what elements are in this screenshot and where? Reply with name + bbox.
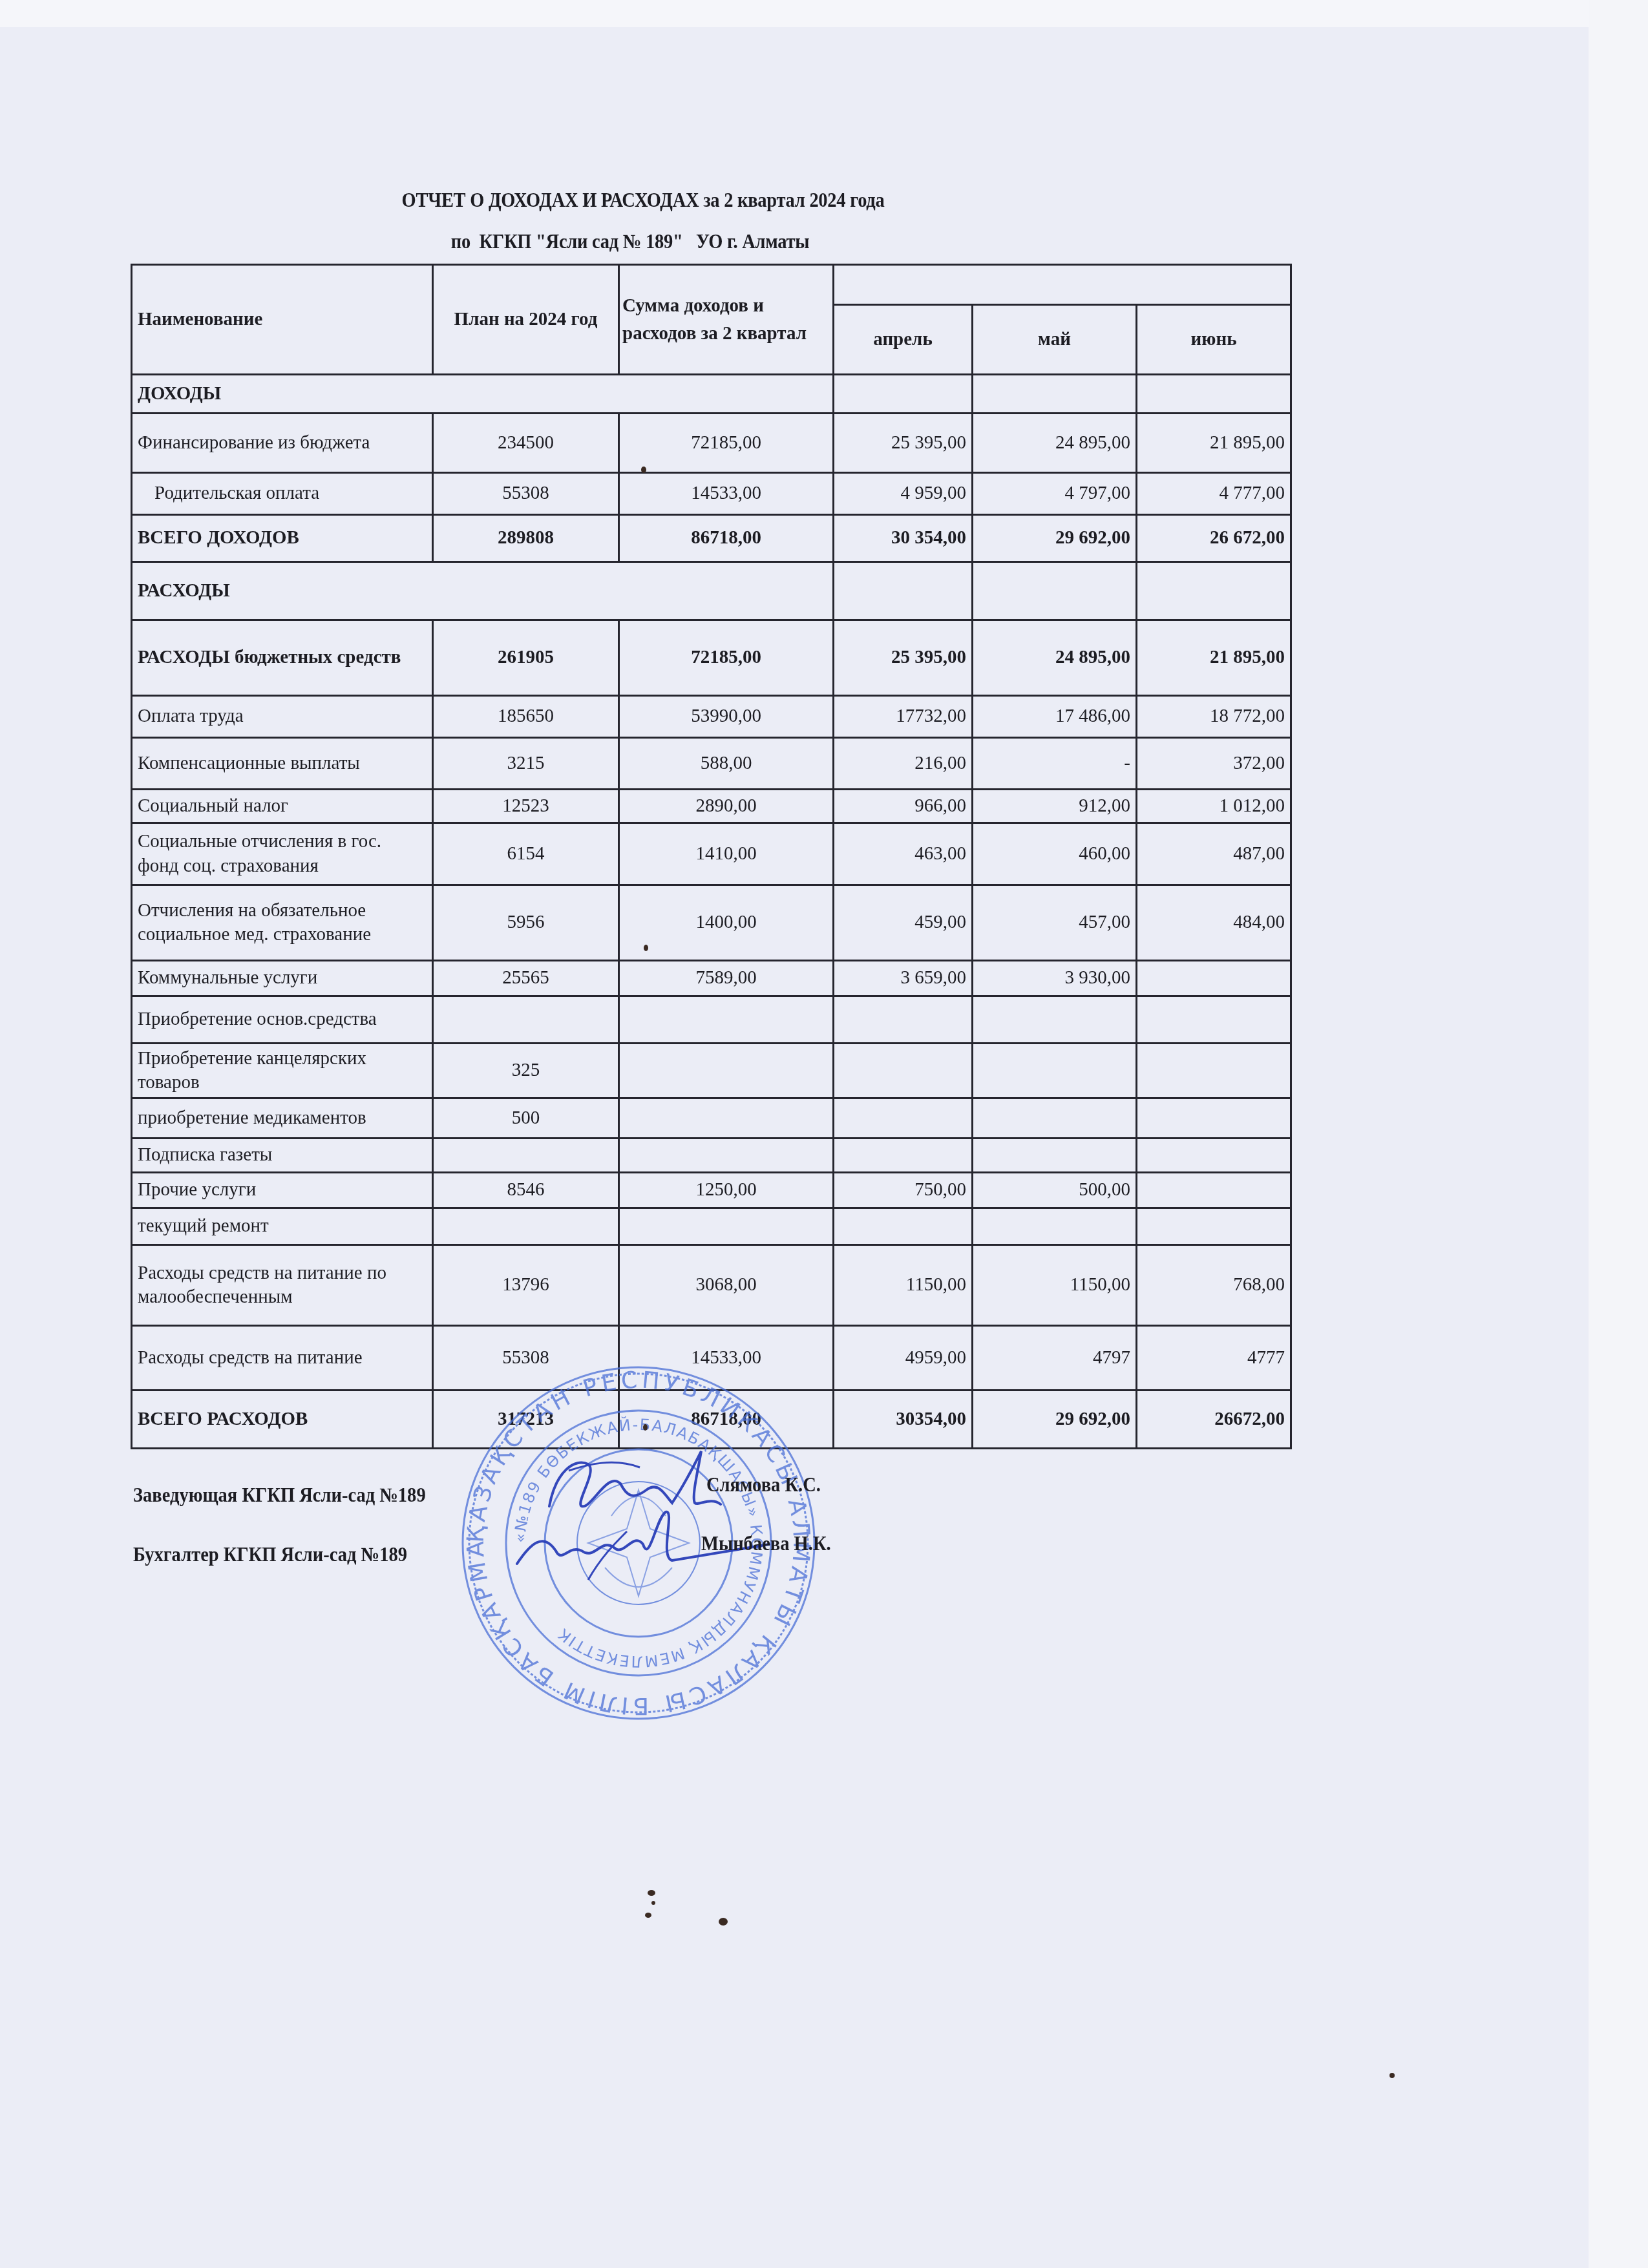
row-april: 216,00	[834, 738, 973, 790]
row-plan: 3215	[433, 738, 619, 790]
table-row: Компенсационные выплаты3215588,00216,00-…	[132, 738, 1291, 790]
row-june	[1137, 1173, 1291, 1208]
header-month-may: май	[973, 305, 1137, 375]
scan-speck	[645, 1913, 651, 1918]
row-name: приобретение медикаментов	[132, 1098, 433, 1139]
row-quarter-sum	[619, 1139, 834, 1173]
head-name-label: Слямова К.С.	[706, 1473, 821, 1496]
row-june: 4777	[1137, 1326, 1291, 1391]
row-april: 750,00	[834, 1173, 973, 1208]
section-income-label: ДОХОДЫ	[132, 375, 834, 414]
row-april: 463,00	[834, 823, 973, 885]
table-row: Родительская оплата5530814533,004 959,00…	[132, 473, 1291, 515]
row-may: 24 895,00	[973, 414, 1137, 473]
row-june: 768,00	[1137, 1245, 1291, 1326]
row-name: РАСХОДЫ бюджетных средств	[132, 620, 433, 696]
empty-cell	[1137, 562, 1291, 620]
row-name: Приобретение основ.средства	[132, 996, 433, 1044]
header-row-top: Наименование План на 2024 год Сумма дохо…	[132, 265, 1291, 305]
scan-speck	[719, 1918, 728, 1926]
row-name: Подписка газеты	[132, 1139, 433, 1173]
row-quarter-sum: 1410,00	[619, 823, 834, 885]
header-plan: План на 2024 год	[433, 265, 619, 375]
row-may	[973, 1139, 1137, 1173]
row-may: 24 895,00	[973, 620, 1137, 696]
row-june	[1137, 961, 1291, 996]
row-plan: 500	[433, 1098, 619, 1139]
row-name: ВСЕГО ДОХОДОВ	[132, 515, 433, 562]
row-april	[834, 1139, 973, 1173]
document-subtitle: по КГКП "Ясли сад № 189" УО г. Алматы	[0, 230, 1388, 253]
row-name: текущий ремонт	[132, 1208, 433, 1245]
row-quarter-sum: 2890,00	[619, 790, 834, 823]
row-june: 26 672,00	[1137, 515, 1291, 562]
section-expenses-label: РАСХОДЫ	[132, 562, 834, 620]
row-name: Социальный налог	[132, 790, 433, 823]
row-april: 966,00	[834, 790, 973, 823]
table-row: Коммунальные услуги255657589,003 659,003…	[132, 961, 1291, 996]
row-june: 487,00	[1137, 823, 1291, 885]
row-name: ВСЕГО РАСХОДОВ	[132, 1391, 433, 1449]
row-april: 1150,00	[834, 1245, 973, 1326]
header-name: Наименование	[132, 265, 433, 375]
row-name: Расходы средств на питание	[132, 1326, 433, 1391]
scan-speck	[643, 1424, 648, 1431]
document-title: ОТЧЕТ О ДОХОДАХ И РАСХОДАХ за 2 квартал …	[0, 189, 1401, 212]
table-row: текущий ремонт	[132, 1208, 1291, 1245]
table-row-budget-expenses: РАСХОДЫ бюджетных средств26190572185,002…	[132, 620, 1291, 696]
row-april: 25 395,00	[834, 620, 973, 696]
empty-cell	[973, 562, 1137, 620]
row-may: 460,00	[973, 823, 1137, 885]
row-quarter-sum	[619, 1098, 834, 1139]
row-april	[834, 1098, 973, 1139]
row-may: 1150,00	[973, 1245, 1137, 1326]
row-april: 25 395,00	[834, 414, 973, 473]
row-name: Социальные отчисления в гос. фонд соц. с…	[132, 823, 433, 885]
table-row: Оплата труда18565053990,0017732,0017 486…	[132, 696, 1291, 738]
row-quarter-sum: 86718,00	[619, 515, 834, 562]
row-name: Оплата труда	[132, 696, 433, 738]
row-may: 500,00	[973, 1173, 1137, 1208]
row-may: 29 692,00	[973, 1391, 1137, 1449]
row-may: 912,00	[973, 790, 1137, 823]
row-quarter-sum: 1400,00	[619, 885, 834, 961]
table-row: Социальный налог125232890,00966,00912,00…	[132, 790, 1291, 823]
row-april: 4959,00	[834, 1326, 973, 1391]
row-june	[1137, 996, 1291, 1044]
row-may: 17 486,00	[973, 696, 1137, 738]
row-plan: 185650	[433, 696, 619, 738]
row-plan: 8546	[433, 1173, 619, 1208]
row-quarter-sum	[619, 1044, 834, 1098]
row-plan: 5956	[433, 885, 619, 961]
row-may: 4 797,00	[973, 473, 1137, 515]
table-row: Отчисления на обязательное социальное ме…	[132, 885, 1291, 961]
table-row: Расходы средств на питание по малообеспе…	[132, 1245, 1291, 1326]
scan-top-margin	[0, 0, 1589, 27]
section-row-expenses: РАСХОДЫ	[132, 562, 1291, 620]
row-plan	[433, 996, 619, 1044]
row-april	[834, 996, 973, 1044]
row-june: 21 895,00	[1137, 620, 1291, 696]
row-april: 3 659,00	[834, 961, 973, 996]
accountant-role-label: Бухгалтер КГКП Ясли-сад №189	[133, 1543, 407, 1566]
row-plan: 6154	[433, 823, 619, 885]
row-june: 484,00	[1137, 885, 1291, 961]
header-month-april: апрель	[834, 305, 973, 375]
row-name: Прочие услуги	[132, 1173, 433, 1208]
row-june: 1 012,00	[1137, 790, 1291, 823]
row-name: Приобретение канцелярских товаров	[132, 1044, 433, 1098]
row-plan: 55308	[433, 473, 619, 515]
table-row: приобретение медикаментов500	[132, 1098, 1291, 1139]
table-row: Социальные отчисления в гос. фонд соц. с…	[132, 823, 1291, 885]
row-quarter-sum: 53990,00	[619, 696, 834, 738]
table-row: Приобретение канцелярских товаров325	[132, 1044, 1291, 1098]
income-expense-table: Наименование План на 2024 год Сумма дохо…	[131, 264, 1292, 1449]
row-may	[973, 1044, 1137, 1098]
row-name: Компенсационные выплаты	[132, 738, 433, 790]
row-june	[1137, 1044, 1291, 1098]
row-quarter-sum: 72185,00	[619, 414, 834, 473]
row-plan	[433, 1208, 619, 1245]
row-june: 21 895,00	[1137, 414, 1291, 473]
table-row: Подписка газеты	[132, 1139, 1291, 1173]
empty-cell	[834, 375, 973, 414]
row-name: Финансирование из бюджета	[132, 414, 433, 473]
scan-speck	[1389, 2073, 1395, 2078]
row-april: 4 959,00	[834, 473, 973, 515]
row-june	[1137, 1098, 1291, 1139]
table-row-total-income: ВСЕГО ДОХОДОВ28980886718,0030 354,0029 6…	[132, 515, 1291, 562]
scan-speck	[644, 945, 648, 951]
row-april: 459,00	[834, 885, 973, 961]
row-may: -	[973, 738, 1137, 790]
row-may	[973, 1208, 1137, 1245]
header-months-group	[834, 265, 1291, 305]
row-june	[1137, 1208, 1291, 1245]
row-april	[834, 1208, 973, 1245]
accountant-name-label: Мынбаева Н.К.	[701, 1532, 831, 1555]
row-june: 372,00	[1137, 738, 1291, 790]
row-june	[1137, 1139, 1291, 1173]
table-row: Финансирование из бюджета23450072185,002…	[132, 414, 1291, 473]
header-month-june: июнь	[1137, 305, 1291, 375]
row-quarter-sum: 72185,00	[619, 620, 834, 696]
row-plan: 261905	[433, 620, 619, 696]
row-quarter-sum: 588,00	[619, 738, 834, 790]
row-plan: 325	[433, 1044, 619, 1098]
row-june: 18 772,00	[1137, 696, 1291, 738]
row-april: 17732,00	[834, 696, 973, 738]
row-plan: 25565	[433, 961, 619, 996]
row-april: 30354,00	[834, 1391, 973, 1449]
row-name: Родительская оплата	[132, 473, 433, 515]
row-quarter-sum	[619, 996, 834, 1044]
row-may	[973, 1098, 1137, 1139]
row-quarter-sum: 1250,00	[619, 1173, 834, 1208]
row-may: 4797	[973, 1326, 1137, 1391]
row-plan	[433, 1139, 619, 1173]
row-name: Расходы средств на питание по малообеспе…	[132, 1245, 433, 1326]
row-plan: 12523	[433, 790, 619, 823]
head-role-label: Заведующая КГКП Ясли-сад №189	[133, 1484, 426, 1507]
row-quarter-sum: 7589,00	[619, 961, 834, 996]
row-name: Отчисления на обязательное социальное ме…	[132, 885, 433, 961]
row-may	[973, 996, 1137, 1044]
row-name: Коммунальные услуги	[132, 961, 433, 996]
row-quarter-sum: 14533,00	[619, 473, 834, 515]
row-june: 4 777,00	[1137, 473, 1291, 515]
table-row: Приобретение основ.средства	[132, 996, 1291, 1044]
row-may: 457,00	[973, 885, 1137, 961]
scan-right-margin	[1589, 0, 1648, 2268]
scan-speck	[651, 1901, 655, 1905]
row-april: 30 354,00	[834, 515, 973, 562]
row-april	[834, 1044, 973, 1098]
row-plan: 13796	[433, 1245, 619, 1326]
empty-cell	[973, 375, 1137, 414]
row-plan: 234500	[433, 414, 619, 473]
scan-speck	[641, 467, 646, 473]
row-quarter-sum: 3068,00	[619, 1245, 834, 1326]
header-quarter-sum: Сумма доходов и расходов за 2 квартал	[619, 265, 834, 375]
scan-speck	[648, 1890, 655, 1896]
empty-cell	[1137, 375, 1291, 414]
row-may: 29 692,00	[973, 515, 1137, 562]
row-may: 3 930,00	[973, 961, 1137, 996]
row-june: 26672,00	[1137, 1391, 1291, 1449]
empty-cell	[834, 562, 973, 620]
row-plan: 289808	[433, 515, 619, 562]
table-row: Прочие услуги85461250,00750,00500,00	[132, 1173, 1291, 1208]
section-row-income: ДОХОДЫ	[132, 375, 1291, 414]
row-quarter-sum	[619, 1208, 834, 1245]
